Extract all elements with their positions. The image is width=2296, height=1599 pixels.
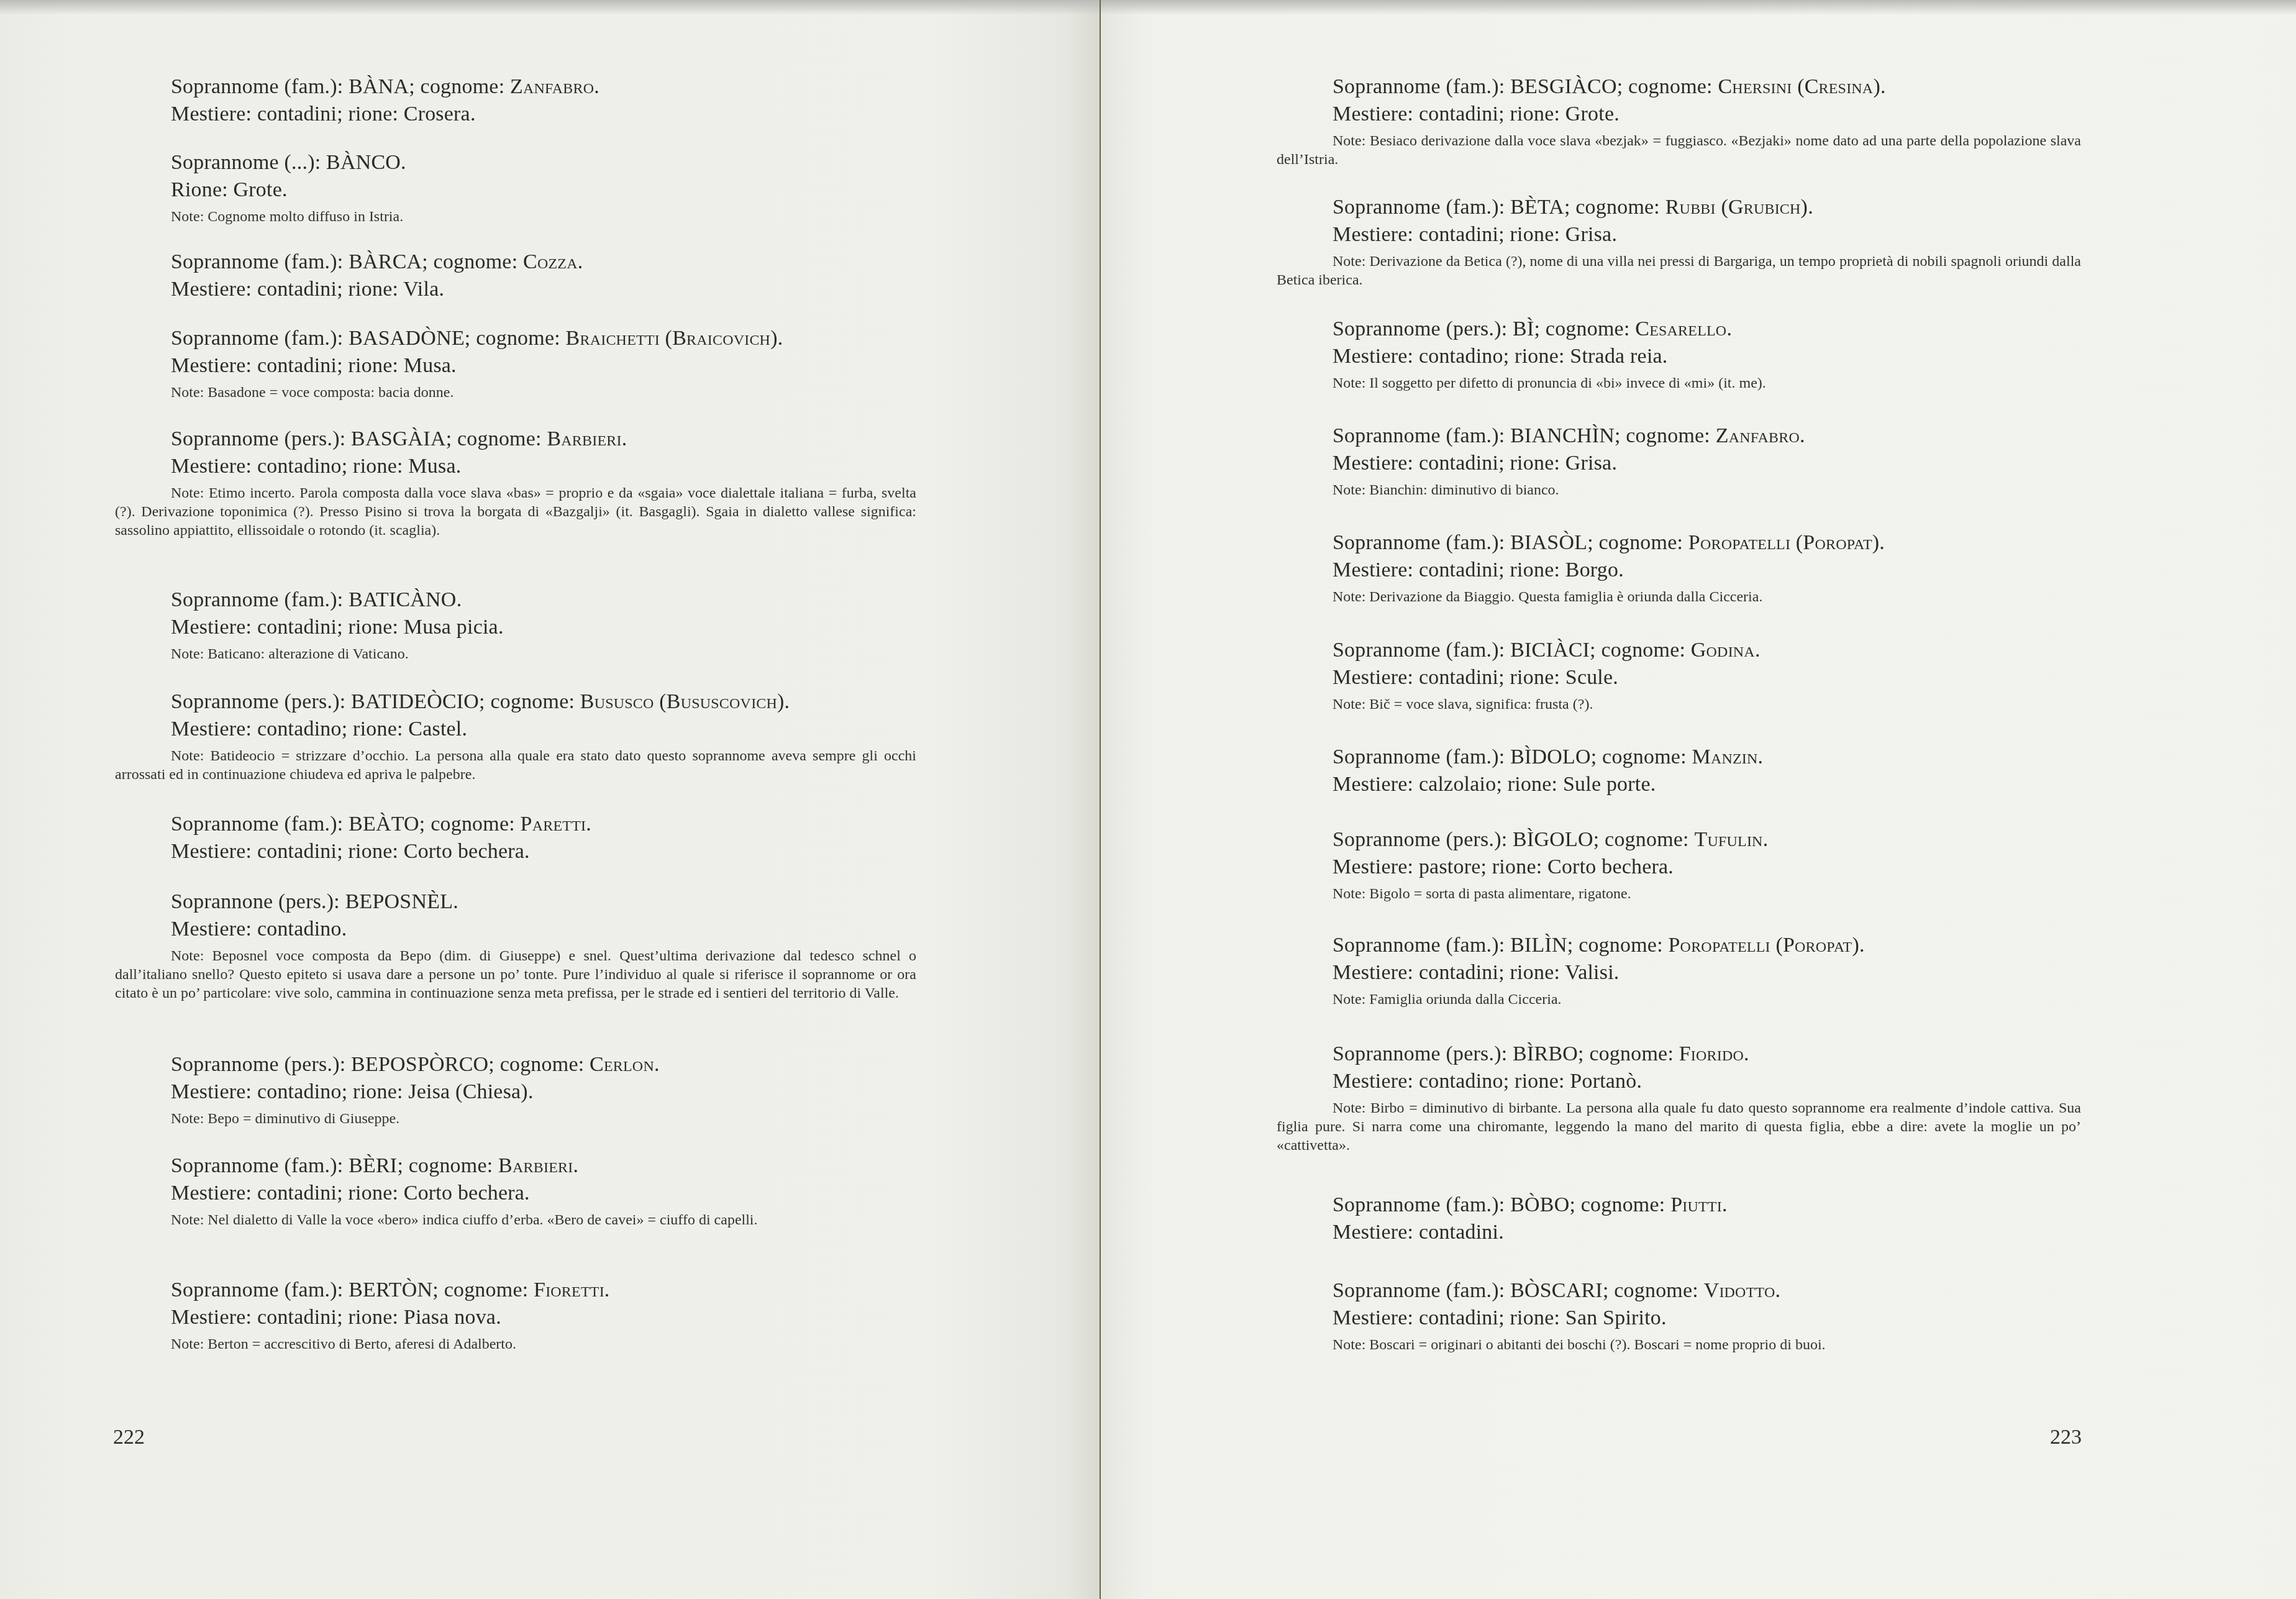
entry-heading: Soprannome (fam.): BÈTA; cognome: Rubbi …: [1277, 194, 2081, 221]
nickname-entry: Soprannome (pers.): BÌ; cognome: Cesarel…: [1277, 316, 2081, 393]
entry-label: Soprannome (fam.):: [1332, 196, 1510, 219]
entry-period: .: [578, 250, 583, 273]
entry-surname: Fioretti: [534, 1278, 604, 1301]
entry-surname: Rubbi (Grubich): [1665, 196, 1808, 219]
nickname-entry: Soprannome (fam.): BERTÒN; cognome: Fior…: [115, 1277, 916, 1354]
entry-heading: Soprannome (...): BÀNCO.: [115, 149, 916, 176]
entry-period: .: [457, 588, 462, 611]
entry-note: Note: Cognome molto diffuso in Istria.: [115, 207, 916, 226]
entry-occupation-district: Mestiere: contadino; rione: Strada reia.: [1277, 343, 2081, 370]
nickname-entry: Soprannome (fam.): BIASÒL; cognome: Poro…: [1277, 529, 2081, 606]
entry-label: Soprannome (pers.):: [1332, 317, 1513, 340]
entry-period: .: [1880, 75, 1886, 98]
entry-heading: Soprannome (fam.): BIANCHÌN; cognome: Za…: [1277, 422, 2081, 450]
entry-nickname: BIASÒL: [1510, 531, 1587, 554]
entry-label: Soprannome (fam.):: [1332, 531, 1510, 554]
entry-label: Soprannome (fam.):: [171, 813, 348, 836]
entry-occupation-district: Mestiere: contadini; rione: Crosera.: [115, 101, 916, 128]
entry-surname-label: ; cognome:: [1603, 1279, 1704, 1302]
entry-heading: Soprannome (fam.): BÈRI; cognome: Barbie…: [115, 1152, 916, 1180]
nickname-entry: Soprannome (pers.): BASGÀIA; cognome: Ba…: [115, 426, 916, 540]
nickname-entry: Soprannome (fam.): BEÀTO; cognome: Paret…: [115, 811, 916, 865]
entry-nickname: BILÌN: [1510, 934, 1567, 957]
entry-nickname: BÈRI: [348, 1154, 397, 1177]
entry-surname: Barbieri: [498, 1154, 573, 1177]
entry-label: Soprannome (pers.):: [1332, 828, 1513, 851]
entry-label: Soprannome (...):: [171, 151, 326, 174]
left-page: [0, 0, 1100, 1599]
entry-surname-label: ; cognome:: [1593, 828, 1695, 851]
entry-period: .: [654, 1053, 660, 1076]
entry-nickname: BIANCHÌN: [1510, 424, 1615, 447]
entry-label: Soprannome (pers.):: [171, 427, 351, 450]
entry-occupation-district: Mestiere: contadini; rione: Musa.: [115, 352, 916, 380]
nickname-entry: Soprannome (fam.): BATICÀNO.Mestiere: co…: [115, 586, 916, 663]
entry-heading: Soprannome (fam.): BILÌN; cognome: Porop…: [1277, 932, 2081, 959]
entry-surname-label: ; cognome:: [419, 813, 521, 836]
entry-surname: Manzin: [1692, 745, 1758, 768]
entry-note: Note: Baticano: alterazione di Vaticano.: [115, 645, 916, 663]
entry-label: Soprannome (fam.):: [171, 75, 348, 98]
entry-occupation-district: Mestiere: contadini; rione: Grisa.: [1277, 450, 2081, 477]
nickname-entry: Soprannome (fam.): BÀRCA; cognome: Cozza…: [115, 248, 916, 303]
nickname-entry: Soprannome (fam.): BICIÀCI; cognome: God…: [1277, 637, 2081, 714]
entry-occupation-district: Mestiere: contadino; rione: Jeisa (Chies…: [115, 1078, 916, 1106]
entry-surname-label: ; cognome:: [432, 1278, 534, 1301]
nickname-entry: Soprannome (fam.): BILÌN; cognome: Porop…: [1277, 932, 2081, 1009]
entry-surname: Poropatelli (Poropat): [1688, 531, 1879, 554]
entry-heading: Soprannome (pers.): BÌGOLO; cognome: Tuf…: [1277, 826, 2081, 854]
entry-label: Soprannome (fam.):: [1332, 1279, 1510, 1302]
entry-nickname: BEPOSNÈL: [345, 890, 453, 913]
nickname-entry: Soprannome (pers.): BÌGOLO; cognome: Tuf…: [1277, 826, 2081, 903]
nickname-entry: Soprannome (fam.): BIANCHÌN; cognome: Za…: [1277, 422, 2081, 499]
nickname-entry: Soprannome (fam.): BASADÒNE; cognome: Br…: [115, 325, 916, 402]
entry-surname: Zanfabro: [1716, 424, 1800, 447]
entry-label: Soprannome (fam.):: [1332, 1193, 1510, 1216]
entry-heading: Soprannome (fam.): BATICÀNO.: [115, 586, 916, 614]
nickname-entry: Soprannome (fam.): BÈRI; cognome: Barbie…: [115, 1152, 916, 1229]
entry-surname-label: ; cognome:: [1590, 639, 1691, 662]
entry-surname-label: ; cognome:: [465, 327, 566, 350]
entry-surname: Vidotto: [1704, 1279, 1775, 1302]
entry-heading: Soprannome (fam.): BICIÀCI; cognome: God…: [1277, 637, 2081, 664]
entry-occupation-district: Mestiere: contadino; rione: Castel.: [115, 716, 916, 743]
entry-heading: Soprannome (pers.): BEPOSPÒRCO; cognome:…: [115, 1051, 916, 1078]
entry-occupation-district: Mestiere: contadini; rione: Scule.: [1277, 664, 2081, 691]
entry-surname: Poropatelli (Poropat): [1669, 934, 1859, 957]
entry-nickname: BATIDEÒCIO: [351, 690, 479, 713]
entry-surname-label: ; cognome:: [479, 690, 580, 713]
entry-surname-label: ; cognome:: [397, 1154, 498, 1177]
entry-period: .: [1859, 934, 1865, 957]
entry-period: .: [1763, 828, 1769, 851]
entry-nickname: BÌ: [1513, 317, 1534, 340]
entry-heading: Soprannome (fam.): BERTÒN; cognome: Fior…: [115, 1277, 916, 1304]
page-top-shadow: [1101, 0, 2296, 15]
entry-period: .: [1800, 424, 1805, 447]
entry-heading: Soprannome (fam.): BEÀTO; cognome: Paret…: [115, 811, 916, 838]
entry-nickname: BÀNCO: [326, 151, 401, 174]
entry-nickname: BÀNA: [348, 75, 409, 98]
entry-surname-label: ; cognome:: [1578, 1042, 1679, 1065]
entry-note: Note: Beposnel voce composta da Bepo (di…: [115, 947, 916, 1003]
entry-note: Note: Basadone = voce composta: bacia do…: [115, 383, 916, 402]
entry-period: .: [586, 813, 591, 836]
nickname-entry: Soprannome (...): BÀNCO.Rione: Grote.Not…: [115, 149, 916, 226]
entry-occupation-district: Mestiere: contadini.: [1277, 1219, 2081, 1246]
entry-occupation-district: Mestiere: contadini; rione: Corto becher…: [115, 838, 916, 865]
entry-note: Note: Nel dialetto di Valle la voce «ber…: [115, 1211, 916, 1229]
entry-occupation-district: Mestiere: contadini; rione: San Spirito.: [1277, 1305, 2081, 1332]
entry-surname-label: ; cognome:: [1564, 196, 1665, 219]
entry-nickname: BICIÀCI: [1510, 639, 1590, 662]
entry-period: .: [1879, 531, 1885, 554]
entry-period: .: [1722, 1193, 1728, 1216]
entry-surname: Zanfabro: [510, 75, 594, 98]
entry-nickname: BATICÀNO: [348, 588, 457, 611]
entry-label: Soprannome (pers.):: [1332, 1042, 1513, 1065]
entry-note: Note: Boscari = originari o abitanti dei…: [1277, 1336, 2081, 1354]
entry-label: Soprannome (pers.):: [171, 1053, 351, 1076]
nickname-entry: Soprannone (pers.): BEPOSNÈL.Mestiere: c…: [115, 888, 916, 1003]
entry-surname-label: ; cognome:: [409, 75, 510, 98]
entry-nickname: BÈTA: [1510, 196, 1564, 219]
entry-period: .: [622, 427, 627, 450]
entry-label: Soprannome (fam.):: [1332, 75, 1510, 98]
entry-heading: Soprannome (fam.): BASADÒNE; cognome: Br…: [115, 325, 916, 352]
entry-period: .: [778, 327, 783, 350]
entry-nickname: BASGÀIA: [351, 427, 446, 450]
entry-surname: Barbieri: [547, 427, 621, 450]
entry-period: .: [1758, 745, 1764, 768]
page-top-shadow: [0, 0, 1100, 15]
entry-period: .: [1726, 317, 1732, 340]
entry-surname: Tufulin: [1694, 828, 1762, 851]
nickname-entry: Soprannome (pers.): BEPOSPÒRCO; cognome:…: [115, 1051, 916, 1128]
entry-occupation-district: Mestiere: contadino.: [115, 916, 916, 943]
entry-nickname: BÒBO: [1510, 1193, 1569, 1216]
entry-occupation-district: Mestiere: contadino; rione: Musa.: [115, 453, 916, 480]
page-number-right: 223: [2050, 1426, 2082, 1449]
nickname-entry: Soprannome (fam.): BÒBO; cognome: Piutti…: [1277, 1191, 2081, 1246]
entry-occupation-district: Mestiere: contadini; rione: Vila.: [115, 276, 916, 303]
entry-heading: Soprannome (pers.): BATIDEÒCIO; cognome:…: [115, 688, 916, 716]
entry-occupation-district: Mestiere: contadini; rione: Borgo.: [1277, 557, 2081, 584]
nickname-entry: Soprannome (fam.): BÌDOLO; cognome: Manz…: [1277, 744, 2081, 798]
nickname-entry: Soprannome (fam.): BESGIÀCO; cognome: Ch…: [1277, 73, 2081, 169]
entry-period: .: [785, 690, 790, 713]
entry-surname-label: ; cognome:: [1591, 745, 1692, 768]
entry-occupation-district: Mestiere: pastore; rione: Corto bechera.: [1277, 854, 2081, 881]
entry-period: .: [1808, 196, 1813, 219]
entry-occupation-district: Mestiere: contadini; rione: Grote.: [1277, 101, 2081, 128]
entry-heading: Soprannome (pers.): BASGÀIA; cognome: Ba…: [115, 426, 916, 453]
entry-period: .: [401, 151, 406, 174]
entry-occupation-district: Mestiere: contadini; rione: Corto becher…: [115, 1180, 916, 1207]
entry-nickname: BERTÒN: [348, 1278, 432, 1301]
entry-surname-label: ; cognome:: [1617, 75, 1718, 98]
entry-surname: Paretti: [521, 813, 586, 836]
entry-label: Soprannome (pers.):: [171, 690, 351, 713]
entry-label: Soprannome (fam.):: [1332, 934, 1510, 957]
entry-period: .: [1775, 1279, 1780, 1302]
entry-heading: Soprannone (pers.): BEPOSNÈL.: [115, 888, 916, 916]
entry-label: Soprannome (fam.):: [171, 1154, 348, 1177]
entry-nickname: BESGIÀCO: [1510, 75, 1617, 98]
entry-nickname: BÒSCARI: [1510, 1279, 1603, 1302]
entry-surname-label: ; cognome:: [488, 1053, 590, 1076]
entry-surname: Fiorido: [1679, 1042, 1744, 1065]
entry-period: .: [453, 890, 458, 913]
entry-period: .: [594, 75, 599, 98]
page-number-left: 222: [113, 1426, 145, 1449]
entry-note: Note: Bepo = diminutivo di Giuseppe.: [115, 1109, 916, 1128]
entry-surname: Bususco (Bususcovich): [580, 690, 785, 713]
entry-heading: Soprannome (fam.): BIASÒL; cognome: Poro…: [1277, 529, 2081, 557]
entry-nickname: BEPOSPÒRCO: [351, 1053, 488, 1076]
entry-label: Soprannome (fam.):: [171, 588, 348, 611]
entry-nickname: BÌDOLO: [1510, 745, 1591, 768]
nickname-entry: Soprannome (fam.): BÈTA; cognome: Rubbi …: [1277, 194, 2081, 289]
entry-label: Soprannome (fam.):: [1332, 639, 1510, 662]
entry-label: Soprannome (fam.):: [1332, 424, 1510, 447]
entry-heading: Soprannome (fam.): BÀNA; cognome: Zanfab…: [115, 73, 916, 101]
entry-note: Note: Derivazione da Biaggio. Questa fam…: [1277, 588, 2081, 606]
entry-heading: Soprannome (fam.): BESGIÀCO; cognome: Ch…: [1277, 73, 2081, 101]
entry-note: Note: Bič = voce slava, significa: frust…: [1277, 695, 2081, 714]
entry-nickname: BÀRCA: [348, 250, 422, 273]
entry-occupation-district: Mestiere: contadini; rione: Grisa.: [1277, 221, 2081, 248]
entry-surname: Cesarello: [1635, 317, 1726, 340]
nickname-entry: Soprannome (fam.): BÒSCARI; cognome: Vid…: [1277, 1277, 2081, 1354]
entry-label: Soprannome (fam.):: [171, 250, 348, 273]
entry-surname-label: ; cognome:: [1569, 1193, 1670, 1216]
entry-note: Note: Besiaco derivazione dalla voce sla…: [1277, 132, 2081, 169]
entry-surname: Cozza: [523, 250, 578, 273]
entry-surname-label: ; cognome:: [1567, 934, 1669, 957]
entry-surname: Piutti: [1670, 1193, 1722, 1216]
entry-label: Soprannome (fam.):: [1332, 745, 1510, 768]
entry-surname-label: ; cognome:: [1534, 317, 1636, 340]
entry-note: Note: Bianchin: diminutivo di bianco.: [1277, 481, 2081, 499]
entry-heading: Soprannome (fam.): BÒSCARI; cognome: Vid…: [1277, 1277, 2081, 1305]
entry-note: Note: Birbo = diminutivo di birbante. La…: [1277, 1099, 2081, 1155]
entry-note: Note: Berton = accrescitivo di Berto, af…: [115, 1335, 916, 1354]
entry-occupation-district: Mestiere: contadini; rione: Musa picia.: [115, 614, 916, 641]
entry-nickname: BEÀTO: [348, 813, 419, 836]
entry-note: Note: Bigolo = sorta di pasta alimentare…: [1277, 885, 2081, 903]
nickname-entry: Soprannome (pers.): BATIDEÒCIO; cognome:…: [115, 688, 916, 784]
entry-occupation-district: Mestiere: contadini; rione: Piasa nova.: [115, 1304, 916, 1331]
entry-occupation-district: Rione: Grote.: [115, 176, 916, 204]
entry-heading: Soprannome (pers.): BÌRBO; cognome: Fior…: [1277, 1041, 2081, 1068]
entry-surname: Cerlon: [590, 1053, 654, 1076]
entry-heading: Soprannome (fam.): BÀRCA; cognome: Cozza…: [115, 248, 916, 276]
entry-note: Note: Derivazione da Betica (?), nome di…: [1277, 252, 2081, 289]
entry-surname-label: ; cognome:: [1615, 424, 1716, 447]
entry-surname-label: ; cognome:: [1587, 531, 1688, 554]
entry-surname: Godina: [1691, 639, 1755, 662]
entry-surname-label: ; cognome:: [422, 250, 523, 273]
entry-occupation-district: Mestiere: contadini; rione: Valisi.: [1277, 959, 2081, 986]
entry-period: .: [1755, 639, 1761, 662]
entry-note: Note: Etimo incerto. Parola composta dal…: [115, 484, 916, 540]
entry-surname-label: ; cognome:: [446, 427, 547, 450]
entry-occupation-district: Mestiere: calzolaio; rione: Sule porte.: [1277, 771, 2081, 798]
entry-note: Note: Famiglia oriunda dalla Cicceria.: [1277, 990, 2081, 1009]
entry-nickname: BASADÒNE: [348, 327, 465, 350]
entry-occupation-district: Mestiere: contadino; rione: Portanò.: [1277, 1068, 2081, 1095]
nickname-entry: Soprannome (pers.): BÌRBO; cognome: Fior…: [1277, 1041, 2081, 1155]
entry-nickname: BÌGOLO: [1513, 828, 1593, 851]
entry-label: Soprannone (pers.):: [171, 890, 345, 913]
entry-heading: Soprannome (pers.): BÌ; cognome: Cesarel…: [1277, 316, 2081, 343]
entry-nickname: BÌRBO: [1513, 1042, 1578, 1065]
entry-heading: Soprannome (fam.): BÒBO; cognome: Piutti…: [1277, 1191, 2081, 1219]
entry-label: Soprannome (fam.):: [171, 1278, 348, 1301]
entry-period: .: [1744, 1042, 1749, 1065]
entry-surname: Braichetti (Braicovich): [566, 327, 778, 350]
entry-heading: Soprannome (fam.): BÌDOLO; cognome: Manz…: [1277, 744, 2081, 771]
entry-label: Soprannome (fam.):: [171, 327, 348, 350]
entry-period: .: [604, 1278, 610, 1301]
entry-note: Note: Batideocio = strizzare d’occhio. L…: [115, 747, 916, 784]
entry-note: Note: Il soggetto per difetto di pronunc…: [1277, 374, 2081, 393]
nickname-entry: Soprannome (fam.): BÀNA; cognome: Zanfab…: [115, 73, 916, 128]
entry-period: .: [573, 1154, 578, 1177]
entry-surname: Chersini (Cresina): [1718, 75, 1880, 98]
